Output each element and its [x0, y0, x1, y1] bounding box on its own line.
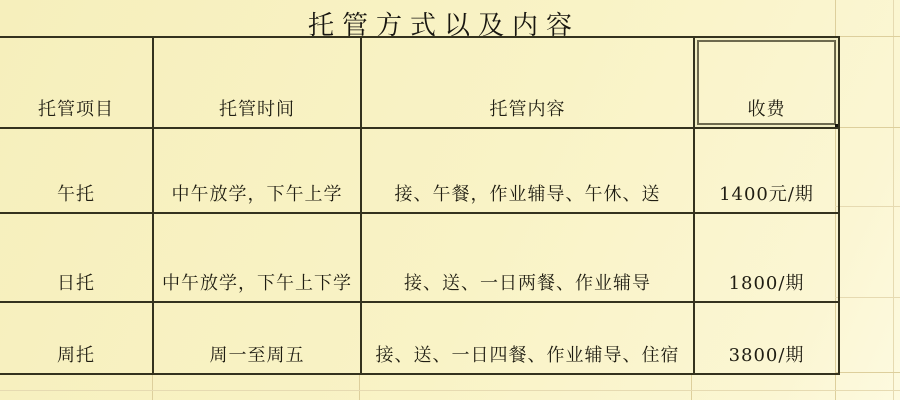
cell-time[interactable]: 中午放学，下午上下学 — [153, 213, 361, 302]
cell-content[interactable]: 接、送、一日四餐、作业辅导、住宿 — [361, 302, 694, 374]
table-row: 日托 中午放学，下午上下学 接、送、一日两餐、作业辅导 1800/期 — [0, 213, 839, 302]
spreadsheet-canvas: 托管方式以及内容 托管项目 托管时间 托管内容 收费 午托 中午放学，下午上学 … — [0, 0, 900, 400]
cell-time[interactable]: 中午放学，下午上学 — [153, 128, 361, 213]
gridline — [152, 373, 153, 400]
gridline — [0, 390, 900, 391]
table-row: 午托 中午放学，下午上学 接、午餐，作业辅导、午休、送 1400元/期 — [0, 128, 839, 213]
gridline — [893, 0, 894, 400]
header-cell-time[interactable]: 托管时间 — [153, 37, 361, 128]
header-cell-content[interactable]: 托管内容 — [361, 37, 694, 128]
header-row: 托管项目 托管时间 托管内容 收费 — [0, 37, 839, 128]
gridline — [835, 206, 900, 207]
cell-fee[interactable]: 1400元/期 — [694, 128, 839, 213]
cell-project[interactable]: 午托 — [0, 128, 153, 213]
cell-content[interactable]: 接、送、一日两餐、作业辅导 — [361, 213, 694, 302]
gridline — [835, 372, 900, 373]
gridline — [691, 373, 692, 400]
cell-time[interactable]: 周一至周五 — [153, 302, 361, 374]
gridline — [835, 297, 900, 298]
cell-project[interactable]: 周托 — [0, 302, 153, 374]
table-row: 周托 周一至周五 接、送、一日四餐、作业辅导、住宿 3800/期 — [0, 302, 839, 374]
selection-handle[interactable] — [835, 124, 839, 128]
care-table: 托管项目 托管时间 托管内容 收费 午托 中午放学，下午上学 接、午餐，作业辅导… — [0, 36, 840, 375]
gridline — [835, 127, 900, 128]
cell-fee[interactable]: 1800/期 — [694, 213, 839, 302]
cell-fee[interactable]: 3800/期 — [694, 302, 839, 374]
header-cell-fee-selected[interactable]: 收费 — [694, 37, 839, 128]
header-cell-project[interactable]: 托管项目 — [0, 37, 153, 128]
gridline — [359, 373, 360, 400]
header-cell-fee-label: 收费 — [748, 99, 786, 120]
cell-project[interactable]: 日托 — [0, 213, 153, 302]
cell-content[interactable]: 接、午餐，作业辅导、午休、送 — [361, 128, 694, 213]
